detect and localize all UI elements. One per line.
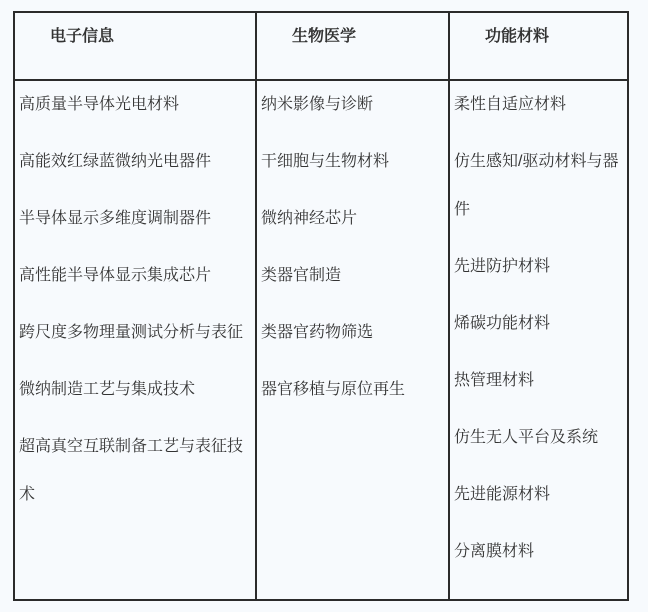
table-item: 类器官药物筛选 (261, 309, 442, 357)
table-item: 干细胞与生物材料 (261, 138, 442, 186)
table-item: 高能效红绿蓝微纳光电器件 (19, 138, 249, 186)
table-item: 类器官制造 (261, 252, 442, 300)
column-header-functional-materials: 功能材料 (448, 13, 627, 81)
table-item: 高质量半导体光电材料 (19, 81, 249, 129)
column-functional-materials-cell: 柔性自适应材料 仿生感知/驱动材料与器件 先进防护材料 烯碳功能材料 热管理材料… (448, 81, 627, 599)
table-item: 高性能半导体显示集成芯片 (19, 252, 249, 300)
table-item: 分离膜材料 (454, 528, 621, 576)
table-item: 仿生无人平台及系统 (454, 414, 621, 462)
table-item: 热管理材料 (454, 357, 621, 405)
table-item: 半导体显示多维度调制器件 (19, 195, 249, 243)
table-item: 仿生感知/驱动材料与器件 (454, 138, 621, 234)
page: 电子信息 生物医学 功能材料 高质量半导体光电材料 高能效红绿蓝微纳光电器件 半… (0, 0, 648, 612)
table-item: 微纳制造工艺与集成技术 (19, 366, 249, 414)
category-table: 电子信息 生物医学 功能材料 高质量半导体光电材料 高能效红绿蓝微纳光电器件 半… (13, 11, 629, 601)
column-header-biomedicine: 生物医学 (255, 13, 448, 81)
table-item: 超高真空互联制备工艺与表征技术 (19, 423, 249, 519)
table-item: 器官移植与原位再生 (261, 366, 442, 414)
table-item: 微纳神经芯片 (261, 195, 442, 243)
table-item: 先进能源材料 (454, 471, 621, 519)
column-electronic-information-cell: 高质量半导体光电材料 高能效红绿蓝微纳光电器件 半导体显示多维度调制器件 高性能… (15, 81, 255, 599)
table-item: 先进防护材料 (454, 243, 621, 291)
column-header-electronic-information: 电子信息 (15, 13, 255, 81)
column-biomedicine-cell: 纳米影像与诊断 干细胞与生物材料 微纳神经芯片 类器官制造 类器官药物筛选 器官… (255, 81, 448, 599)
table-item: 跨尺度多物理量测试分析与表征 (19, 309, 249, 357)
table-item: 纳米影像与诊断 (261, 81, 442, 129)
table-item: 柔性自适应材料 (454, 81, 621, 129)
table-item: 烯碳功能材料 (454, 300, 621, 348)
